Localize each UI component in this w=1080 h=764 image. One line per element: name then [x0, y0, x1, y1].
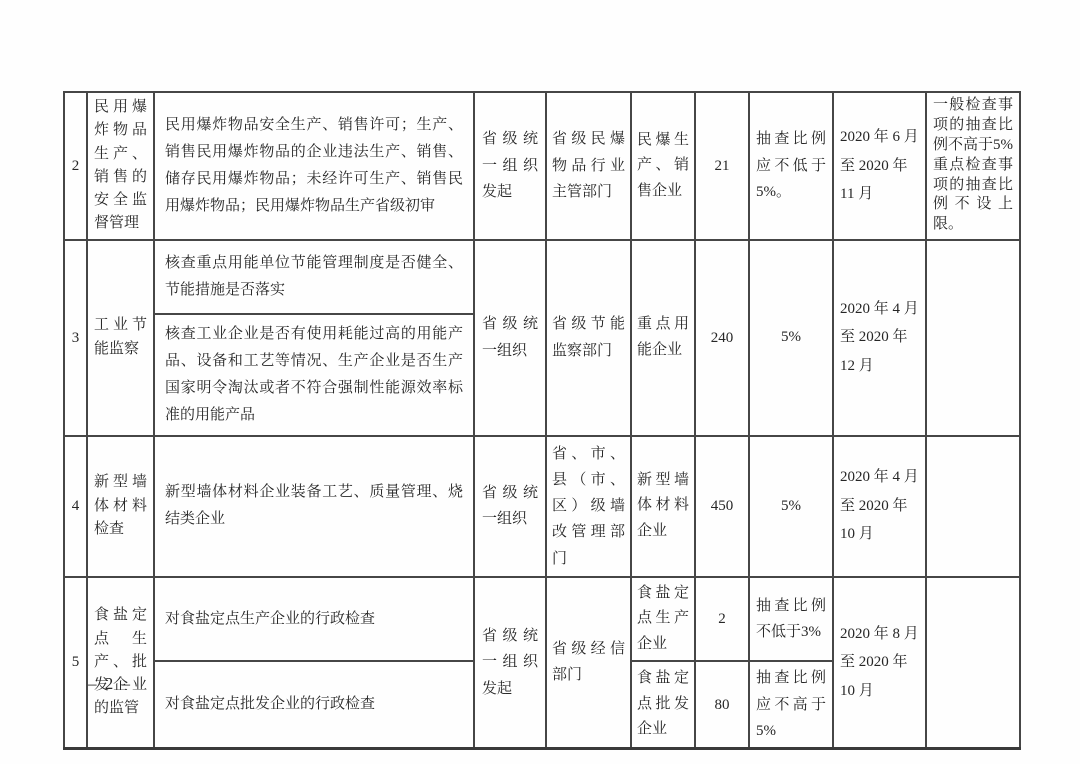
cell-row5-department: 省级经信部门 [546, 577, 631, 749]
cell-row2-note: 一般检查事项的抽查比例不高于5%重点检查事项的抽查比例不设上限。 [926, 92, 1020, 240]
cell-row5-count-2: 80 [695, 661, 749, 748]
cell-row4-note [926, 436, 1020, 577]
cell-row4-number: 4 [64, 436, 87, 577]
cell-row5-time: 2020 年 8 月 至 2020 年 10 月 [833, 577, 926, 749]
cell-row3-organizer: 省级统一组织 [474, 240, 546, 436]
table-row: 2 民用爆炸物品生产、销售的安全监督管理 民用爆炸物品安全生产、销售许可；生产、… [64, 92, 1020, 240]
scanned-page: 2 民用爆炸物品生产、销售的安全监督管理 民用爆炸物品安全生产、销售许可；生产、… [0, 0, 1080, 764]
cell-row3-description-1: 核查重点用能单位节能管理制度是否健全、节能措施是否落实 [154, 240, 474, 314]
table-row: 5 食盐定点生产、批发企业的监管 对食盐定点生产企业的行政检查 省级统一组织发起… [64, 577, 1020, 662]
cell-row5-number: 5 [64, 577, 87, 749]
cell-row5-item: 食盐定点生产、批发企业的监管 [87, 577, 154, 749]
inspection-items-table: 2 民用爆炸物品生产、销售的安全监督管理 民用爆炸物品安全生产、销售许可；生产、… [63, 91, 1021, 750]
cell-row2-target: 民爆生产、销售企业 [631, 92, 695, 240]
cell-row2-ratio: 抽查比例应不低于5%。 [749, 92, 833, 240]
cell-row5-note [926, 577, 1020, 749]
cell-row5-description-2: 对食盐定点批发企业的行政检查 [154, 661, 474, 748]
cell-row5-count-1: 2 [695, 577, 749, 662]
cell-row2-number: 2 [64, 92, 87, 240]
cell-row2-time: 2020 年 6 月 至 2020 年 11 月 [833, 92, 926, 240]
cell-row2-department: 省级民爆物品行业主管部门 [546, 92, 631, 240]
cell-row5-organizer: 省级统一组织发起 [474, 577, 546, 749]
cell-row2-organizer: 省级统一组织发起 [474, 92, 546, 240]
cell-row4-time: 2020 年 4 月 至 2020 年 10 月 [833, 436, 926, 577]
cell-row3-description-2: 核查工业企业是否有使用耗能过高的用能产品、设备和工艺等情况、生产企业是否生产国家… [154, 314, 474, 436]
cell-row3-number: 3 [64, 240, 87, 436]
cell-row2-count: 21 [695, 92, 749, 240]
page-number: – 2 – [88, 674, 132, 694]
cell-row4-target: 新型墙体材料企业 [631, 436, 695, 577]
cell-row5-ratio-1: 抽查比例不低于3% [749, 577, 833, 662]
cell-row4-ratio: 5% [749, 436, 833, 577]
cell-row5-target-1: 食盐定点生产企业 [631, 577, 695, 662]
cell-row3-item: 工业节能监察 [87, 240, 154, 436]
cell-row3-department: 省级节能监察部门 [546, 240, 631, 436]
cell-row4-department: 省、市、县（市、区）级墙改管理部门 [546, 436, 631, 577]
table-row: 3 工业节能监察 核查重点用能单位节能管理制度是否健全、节能措施是否落实 省级统… [64, 240, 1020, 314]
cell-row3-note [926, 240, 1020, 436]
cell-row3-target: 重点用能企业 [631, 240, 695, 436]
cell-row3-count: 240 [695, 240, 749, 436]
cell-row5-target-2: 食盐定点批发企业 [631, 661, 695, 748]
cell-row4-description: 新型墙体材料企业装备工艺、质量管理、烧结类企业 [154, 436, 474, 577]
table-row: 4 新型墙体材料检查 新型墙体材料企业装备工艺、质量管理、烧结类企业 省级统一组… [64, 436, 1020, 577]
cell-row5-description-1: 对食盐定点生产企业的行政检查 [154, 577, 474, 662]
cell-row4-count: 450 [695, 436, 749, 577]
cell-row3-time: 2020 年 4 月 至 2020 年 12 月 [833, 240, 926, 436]
cell-row5-ratio-2: 抽查比例应不高于5% [749, 661, 833, 748]
cell-row4-organizer: 省级统一组织 [474, 436, 546, 577]
cell-row4-item: 新型墙体材料检查 [87, 436, 154, 577]
cell-row2-item: 民用爆炸物品生产、销售的安全监督管理 [87, 92, 154, 240]
cell-row2-description: 民用爆炸物品安全生产、销售许可；生产、销售民用爆炸物品的企业违法生产、销售、储存… [154, 92, 474, 240]
cell-row3-ratio: 5% [749, 240, 833, 436]
